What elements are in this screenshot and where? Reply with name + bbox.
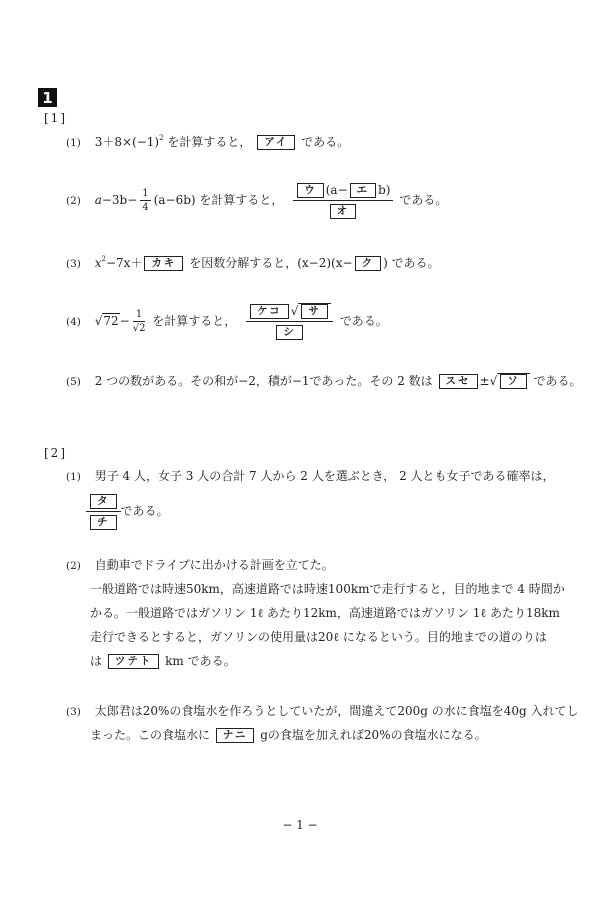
- radicand-box-wrap: ソ: [497, 373, 530, 388]
- radicand: 2: [139, 323, 145, 334]
- answer-box-e[interactable]: エ: [350, 183, 377, 198]
- answer-box-nani[interactable]: ナニ: [216, 728, 255, 743]
- var-a: a: [95, 193, 102, 207]
- question-number: (1): [66, 471, 81, 483]
- answer-numerator: ケコ√サ: [246, 302, 333, 321]
- question-number: (1): [66, 137, 81, 149]
- radicand: 72: [102, 313, 119, 328]
- text-pre: は: [90, 654, 106, 668]
- instruction-text: を計算すると，: [164, 135, 252, 149]
- answer-numerator: タ: [86, 492, 121, 511]
- question-text-line: 一般道路では時速50km，高速道路では時速100kmで走行すると，目的地まで 4…: [90, 580, 565, 598]
- answer-box-keko[interactable]: ケコ: [250, 304, 289, 319]
- tail-text: である。: [396, 193, 448, 207]
- instruction-text: を計算すると，: [199, 193, 283, 207]
- fraction-denominator: √2: [133, 322, 146, 334]
- plus-minus: ±: [480, 374, 490, 388]
- question-1-3: (3) x2−7x＋カキ を因数分解すると，(x−2)(x−ク) である。: [66, 250, 440, 273]
- question-text: 男子 4 人，女子 3 人の合計 7 人から 2 人を選ぶとき， 2 人とも女子…: [95, 469, 555, 483]
- answer-box-suse[interactable]: スセ: [439, 374, 478, 389]
- tail-text: である。: [121, 504, 169, 518]
- expr-part: b): [378, 183, 390, 197]
- question-text-line: 太郎君は20%の食塩水を作ろうとしていたが，間違えて200g の水に食塩を40g…: [95, 704, 579, 718]
- text-pre: まった。この食塩水に: [90, 728, 214, 742]
- answer-fraction: ウ(a−エb) オ: [293, 181, 392, 220]
- minus-sign: −: [120, 314, 130, 328]
- question-number: (3): [66, 706, 81, 718]
- answer-box-ku[interactable]: ク: [355, 256, 382, 271]
- tail-text: である。: [530, 374, 582, 388]
- question-1-1: (1) 3＋8×(−1)2 を計算すると， アイ である。: [66, 129, 349, 152]
- radicand-box-wrap: サ: [298, 303, 331, 318]
- answer-box-shi[interactable]: シ: [276, 325, 303, 340]
- expr-part: (a−: [326, 183, 348, 197]
- sqrt-sign: √ソ: [490, 372, 530, 390]
- question-2-2: (2) 自動車でドライブに出かける計画を立てた。: [66, 556, 334, 575]
- question-2-1-answer: タ チ である。: [86, 492, 169, 531]
- answer-fraction: ケコ√サ シ: [246, 302, 333, 341]
- expr-part: (a−6b): [154, 193, 196, 207]
- section-number-badge: 1: [38, 88, 57, 107]
- expression: 3＋8×(−1)2: [95, 135, 164, 149]
- answer-fraction: タ チ: [86, 492, 121, 531]
- fraction-numerator: 1: [140, 188, 150, 200]
- text-post: gの食塩を加えれば20%の食塩水になる。: [256, 728, 486, 742]
- question-number: (5): [66, 376, 81, 388]
- fraction-numerator: 1: [134, 309, 144, 321]
- question-number: (2): [66, 560, 81, 572]
- answer-denominator: チ: [88, 512, 119, 531]
- question-text-line: まった。この食塩水に ナニ gの食塩を加えれば20%の食塩水になる。: [90, 726, 487, 744]
- answer-denominator: オ: [328, 201, 359, 220]
- answer-denominator: シ: [274, 322, 305, 341]
- part-label-1: [1]: [44, 111, 67, 125]
- answer-box-sa[interactable]: サ: [301, 304, 328, 319]
- instruction-text: を因数分解すると，(x−2)(x−: [185, 256, 352, 270]
- question-number: (2): [66, 195, 81, 207]
- answer-box-chi[interactable]: チ: [90, 515, 117, 530]
- answer-box-so[interactable]: ソ: [500, 374, 527, 389]
- question-1-4: (4) √72−1√2 を計算すると， ケコ√サ シ である。: [66, 302, 388, 341]
- answer-numerator: ウ(a−エb): [293, 181, 392, 200]
- tail-text: である。: [297, 135, 349, 149]
- expr-part: −7x＋: [106, 256, 142, 270]
- expression: x2−7x＋: [95, 256, 143, 270]
- question-text-line: は ツテト km である。: [90, 652, 236, 670]
- question-1-2: (2) a−3b−14(a−6b) を計算すると， ウ(a−エb) オ である。: [66, 181, 447, 220]
- question-2-1: (1) 男子 4 人，女子 3 人の合計 7 人から 2 人を選ぶとき， 2 人…: [66, 467, 555, 486]
- page-number: − 1 −: [0, 818, 600, 832]
- text-post: km である。: [161, 654, 235, 668]
- answer-box-o[interactable]: オ: [330, 204, 357, 219]
- instruction-text: を計算すると，: [152, 314, 236, 328]
- question-number: (3): [66, 258, 81, 270]
- answer-box-kaki[interactable]: カキ: [144, 256, 183, 271]
- answer-box-u[interactable]: ウ: [297, 183, 324, 198]
- question-text-line: かる。一般道路ではガソリン 1ℓ あたり12km，高速道路ではガソリン 1ℓ あ…: [90, 604, 560, 622]
- question-text-line: 自動車でドライブに出かける計画を立てた。: [95, 558, 334, 572]
- tail-text: ) である。: [383, 256, 440, 270]
- answer-box-tsuteto[interactable]: ツテト: [108, 654, 160, 669]
- fraction-one-over-root2: 1√2: [133, 309, 146, 334]
- question-number: (4): [66, 316, 81, 328]
- question-2-3: (3) 太郎君は20%の食塩水を作ろうとしていたが，間違えて200g の水に食塩…: [66, 702, 579, 721]
- question-1-5: (5) 2 つの数がある。その和が−2，積が−1であった。その 2 数は スセ±…: [66, 372, 582, 391]
- fraction-one-quarter: 14: [140, 188, 150, 213]
- tail-text: である。: [336, 314, 388, 328]
- sqrt-72: √72: [95, 312, 120, 330]
- fraction-denominator: 4: [142, 201, 148, 213]
- sqrt-sign: √サ: [291, 302, 331, 320]
- expression: √72−1√2: [95, 314, 153, 328]
- answer-box-ta[interactable]: タ: [90, 494, 117, 509]
- answer-box-ai[interactable]: アイ: [257, 135, 295, 150]
- expression-base: 3＋8×(−1): [95, 135, 159, 149]
- expression: a−3b−14(a−6b): [95, 193, 200, 207]
- question-text-line: 走行できるとすると，ガソリンの使用量は20ℓ になるという。目的地までの道のりは: [90, 628, 547, 646]
- part-label-2: [2]: [44, 446, 67, 460]
- expr-part: −3b−: [102, 193, 137, 207]
- question-text: 2 つの数がある。その和が−2，積が−1であった。その 2 数は: [95, 374, 437, 388]
